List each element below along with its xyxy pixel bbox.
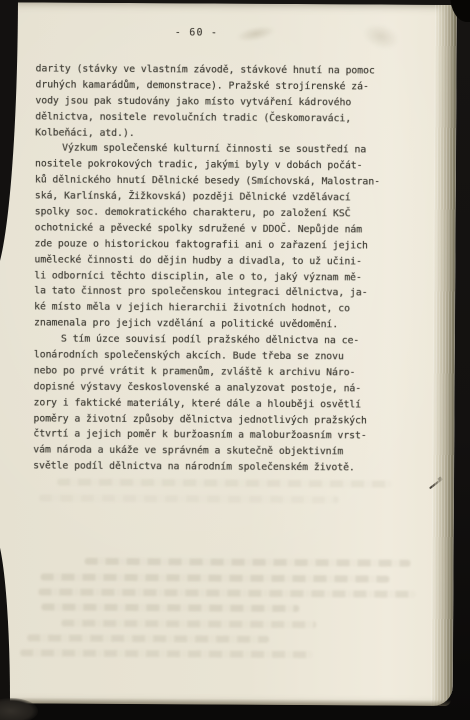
ghost-text-line: [61, 620, 316, 629]
text-line: dělnictva, nositele revolučních tradic (…: [35, 109, 420, 127]
page-number: - 60 -: [175, 27, 218, 38]
text-line: zde pouze o historickou faktografii ani …: [34, 236, 419, 254]
ghost-text-line: [85, 558, 411, 567]
scanned-book-photo: - 60 - darity (stávky ve vlastním závodě…: [0, 0, 470, 720]
text-line: zory i faktické materiály, které dále a …: [34, 395, 419, 413]
text-line: dopisné výstavy československé a analyzo…: [34, 379, 419, 397]
ghost-text-line: [57, 479, 392, 488]
ghost-text-line: [41, 603, 299, 612]
text-line: světle podíl dělnictva na národním spole…: [33, 459, 418, 477]
ghost-text-line: [40, 573, 389, 582]
ghost-text-line: [38, 588, 416, 597]
text-line: umělecké činnosti do dějin hudby a divad…: [34, 252, 419, 270]
ghost-text-line: [27, 634, 269, 642]
text-line: vody jsou pak studovány jako místo vytvá…: [35, 93, 420, 111]
page-edge: [431, 5, 457, 706]
ghost-text-line: [39, 494, 339, 503]
scan-background: { "document": { "page_number": "- 60 -",…: [0, 0, 470, 720]
book-page: - 60 - darity (stávky ve vlastním závodě…: [0, 2, 457, 706]
ghost-text-line: [20, 649, 313, 658]
page-text: darity (stávky ve vlastním závodě, stávk…: [33, 61, 421, 477]
